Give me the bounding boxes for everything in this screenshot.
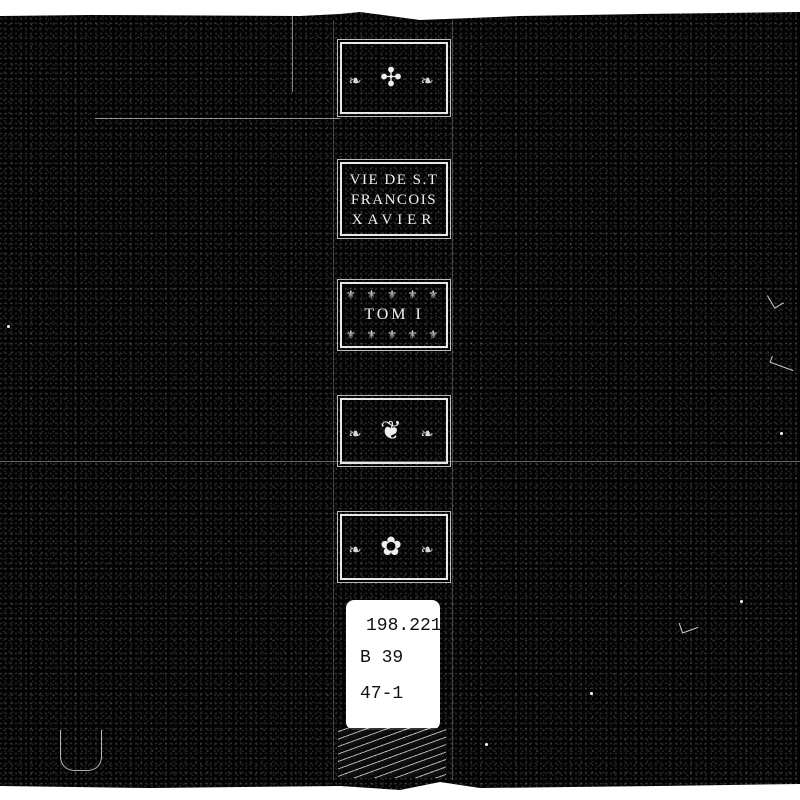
speck [740, 600, 743, 603]
spine-edge-right [452, 20, 453, 780]
speck [590, 692, 593, 695]
lily-flower-ornament-icon: ❧ ❦ ❧ [348, 418, 440, 444]
spine-ornament-panel-middle: ❧ ❦ ❧ [340, 398, 448, 464]
top-fold-line [95, 118, 340, 119]
spine-volume-panel: ⚜ ⚜ ⚜ ⚜ ⚜ TOM I ⚜ ⚜ ⚜ ⚜ ⚜ [340, 282, 448, 348]
library-call-number-label: 198.221 B 39 47-1 [346, 600, 440, 730]
call-number-class: 198.221 [360, 610, 440, 642]
worn-spine-tail [338, 728, 446, 778]
floral-cross-ornament-icon: ❧ ✣ ❧ [348, 65, 440, 91]
volume-label: TOM I [364, 306, 424, 324]
call-number-cutter: B 39 [360, 642, 440, 674]
call-number-copy: 47-1 [360, 674, 440, 710]
title-line-3: XAVIER [352, 210, 437, 230]
spine-ornament-panel-top: ❧ ✣ ❧ [340, 42, 448, 114]
wear-scratch-mark [60, 730, 102, 771]
speck [7, 325, 10, 328]
fleur-de-lis-row-icon: ⚜ ⚜ ⚜ ⚜ ⚜ [346, 288, 442, 302]
spine-ornament-panel-lower: ❧ ✿ ❧ [340, 514, 448, 580]
spine-title-panel: VIE DE S.T FRANCOIS XAVIER [340, 162, 448, 236]
spine-edge-left [333, 20, 334, 780]
title-line-1: VIE DE S.T [350, 170, 439, 190]
vertical-crease [292, 16, 293, 92]
floral-star-ornament-icon: ❧ ✿ ❧ [348, 534, 440, 560]
title-line-2: FRANCOIS [351, 190, 437, 210]
fleur-de-lis-row-icon: ⚜ ⚜ ⚜ ⚜ ⚜ [346, 328, 442, 342]
speck [780, 432, 783, 435]
speck [485, 743, 488, 746]
